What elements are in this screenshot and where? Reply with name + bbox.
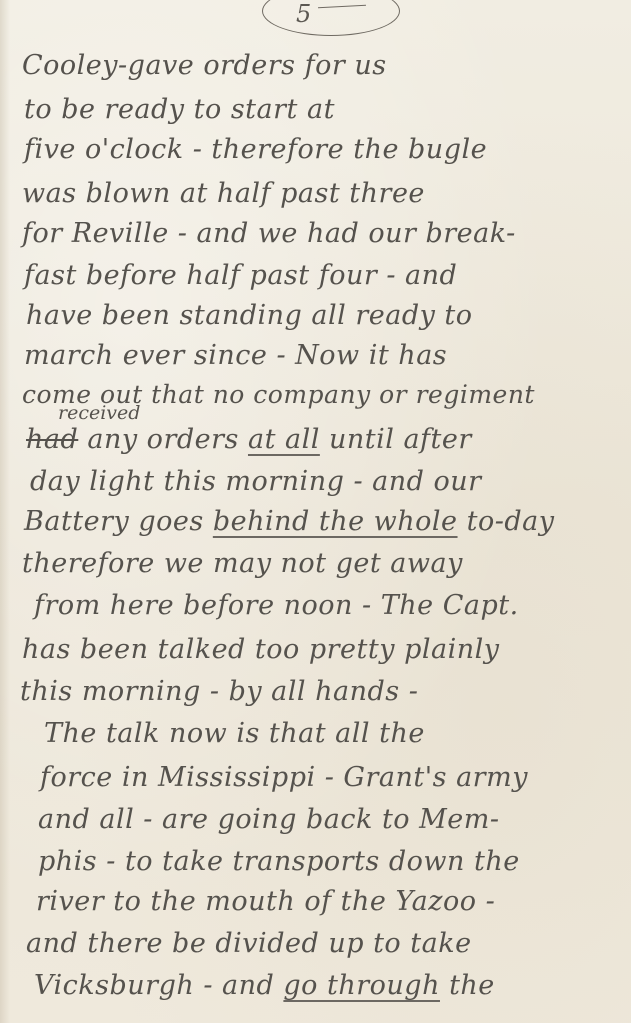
text-line: have been standing all ready to [26, 302, 473, 329]
text-line: Cooley-gave orders for us [22, 52, 387, 79]
page-number-oval [262, 0, 400, 36]
text-line: therefore we may not get away [22, 550, 463, 577]
underlined-phrase: go through [283, 970, 440, 1001]
inserted-word: received [58, 402, 140, 424]
text-line: had any orders at all until after [26, 426, 472, 453]
text-line: this morning - by all hands - [20, 678, 418, 705]
text-line: river to the mouth of the Yazoo - [36, 888, 495, 915]
text-line: for Reville - and we had our break- [22, 220, 516, 247]
text-line: force in Mississippi - Grant's army [40, 764, 528, 791]
text-line: Battery goes behind the whole to-day [24, 508, 555, 535]
text-line: to be ready to start at [24, 96, 335, 123]
text-line: phis - to take transports down the [38, 848, 520, 875]
text-line: Vicksburgh - and go through the [34, 972, 495, 999]
text-line: The talk now is that all the [44, 720, 425, 747]
text-line: fast before half past four - and [24, 262, 457, 289]
text-line: and there be divided up to take [26, 930, 472, 957]
text-line: from here before noon - The Capt. [34, 592, 519, 619]
manuscript-page: 5 Cooley-gave orders for us to be ready … [0, 0, 631, 1023]
text-line: day light this morning - and our [30, 468, 482, 495]
underlined-phrase: at all [248, 424, 320, 455]
text-line: was blown at half past three [22, 180, 425, 207]
struck-word: had [26, 424, 78, 455]
underlined-phrase: behind the whole [213, 506, 458, 537]
page-number: 5 [296, 2, 311, 26]
text-line: and all - are going back to Mem- [38, 806, 500, 833]
text-line: five o'clock - therefore the bugle [24, 136, 487, 163]
text-line: march ever since - Now it has [24, 342, 447, 369]
text-line: has been talked too pretty plainly [22, 636, 500, 663]
